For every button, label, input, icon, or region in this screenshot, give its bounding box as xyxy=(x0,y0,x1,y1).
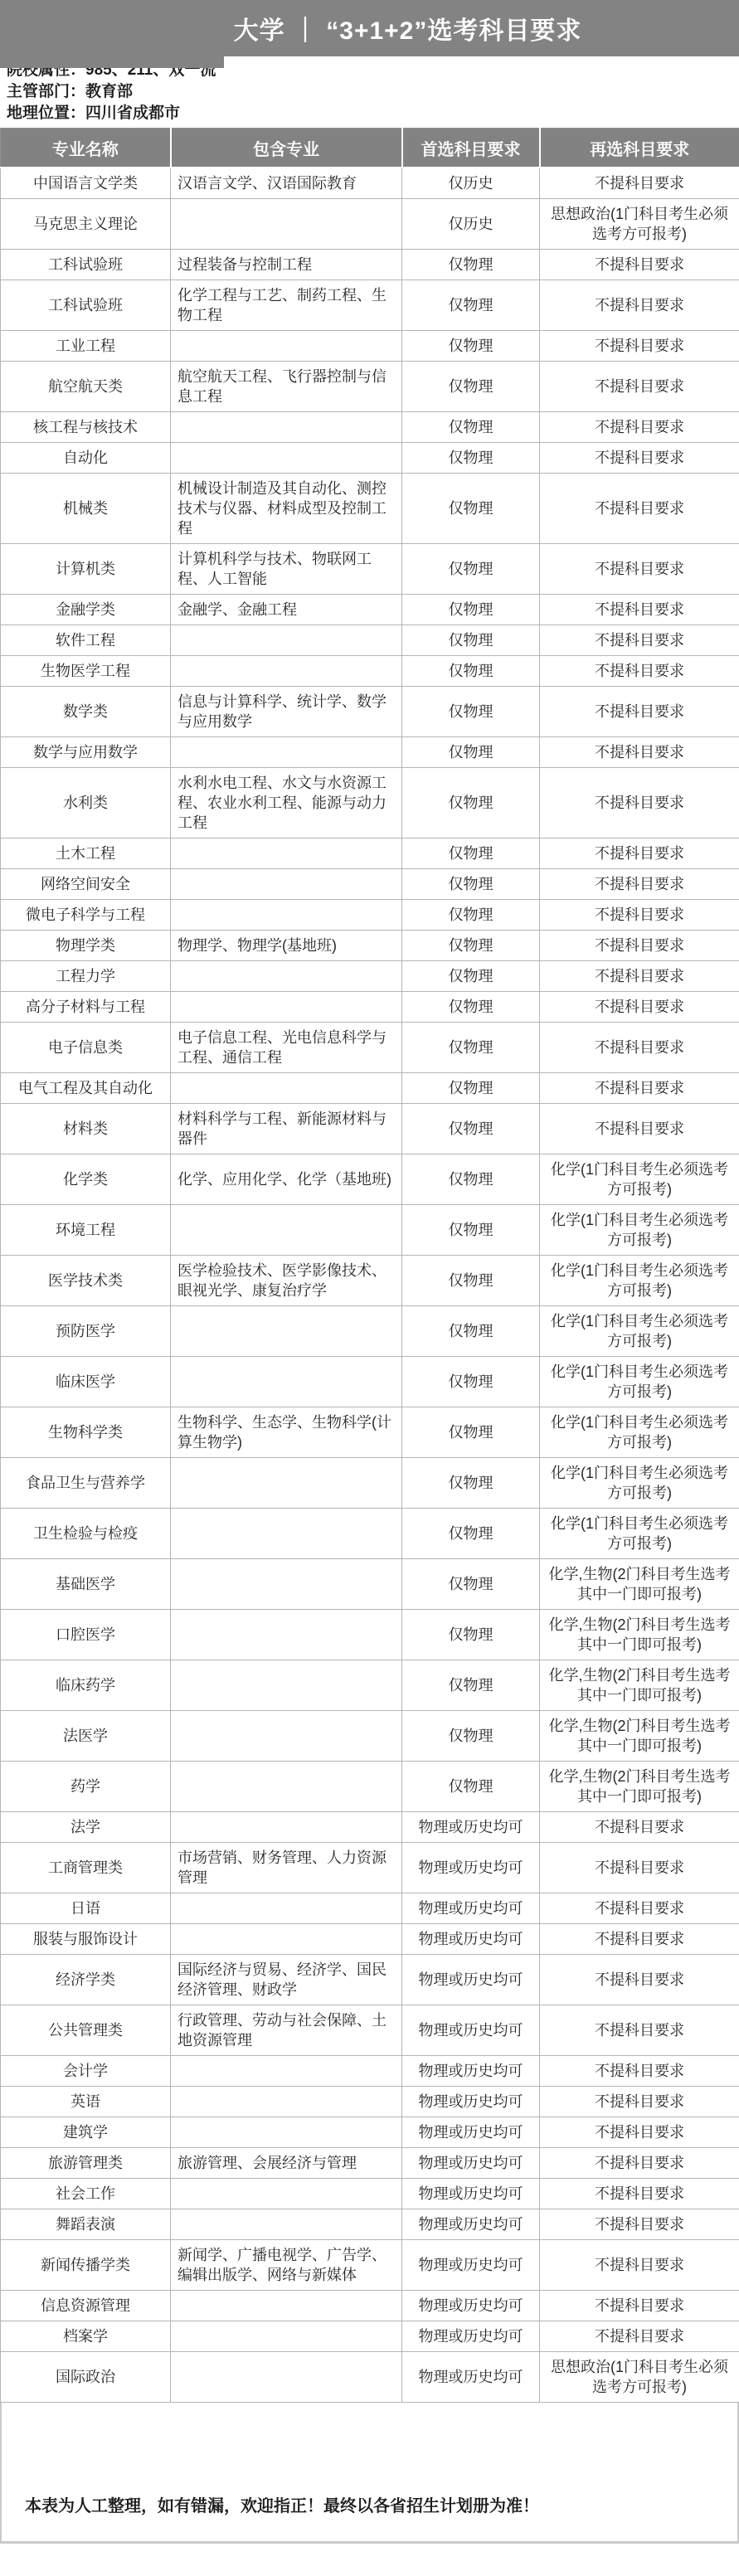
second-subject-cell: 不提科目要求 xyxy=(540,1023,739,1073)
table-row: 环境工程 仅物理 化学(1门科目考生必须选考方可报考) xyxy=(1,1205,739,1256)
first-subject-cell: 仅物理 xyxy=(402,544,540,595)
major-name-cell: 食品卫生与营养学 xyxy=(1,1458,171,1509)
second-subject-cell: 不提科目要求 xyxy=(540,1073,739,1104)
major-name-cell: 基础医学 xyxy=(1,1559,171,1610)
first-subject-cell: 仅物理 xyxy=(402,1073,540,1104)
first-subject-cell: 仅物理 xyxy=(402,1407,540,1458)
first-subject-cell: 物理或历史均可 xyxy=(402,1924,540,1955)
redaction-box xyxy=(0,0,224,68)
page: 大学 ｜ “3+1+2”选考科目要求 院校属性：985、211、双一流 主管部门… xyxy=(0,0,739,2544)
included-majors-cell: 金融学、金融工程 xyxy=(171,595,402,625)
major-name-cell: 自动化 xyxy=(1,443,171,474)
second-subject-cell: 不提科目要求 xyxy=(540,2005,739,2056)
major-name-cell: 信息资源管理 xyxy=(1,2291,171,2321)
info-line-location: 地理位置：四川省成都市 xyxy=(7,103,739,124)
second-subject-cell: 不提科目要求 xyxy=(540,1955,739,2005)
table-row: 基础医学 仅物理 化学,生物(2门科目考生选考其中一门即可报考) xyxy=(1,1559,739,1610)
table-row: 电子信息类 电子信息工程、光电信息科学与工程、通信工程 仅物理 不提科目要求 xyxy=(1,1023,739,1073)
major-name-cell: 高分子材料与工程 xyxy=(1,992,171,1023)
included-majors-cell xyxy=(171,1509,402,1559)
table-row: 临床医学 仅物理 化学(1门科目考生必须选考方可报考) xyxy=(1,1357,739,1407)
major-name-cell: 计算机类 xyxy=(1,544,171,595)
included-majors-cell xyxy=(171,412,402,443)
major-name-cell: 生物科学类 xyxy=(1,1407,171,1458)
table-row: 预防医学 仅物理 化学(1门科目考生必须选考方可报考) xyxy=(1,1306,739,1357)
table-row: 社会工作 物理或历史均可 不提科目要求 xyxy=(1,2179,739,2209)
major-name-cell: 旅游管理类 xyxy=(1,2148,171,2179)
table-row: 中国语言文学类 汉语言文学、汉语国际教育 仅历史 不提科目要求 xyxy=(1,168,739,199)
first-subject-cell: 物理或历史均可 xyxy=(402,2117,540,2148)
included-majors-cell xyxy=(171,1812,402,1843)
table-row: 高分子材料与工程 仅物理 不提科目要求 xyxy=(1,992,739,1023)
included-majors-cell: 机械设计制造及其自动化、测控技术与仪器、材料成型及控制工程 xyxy=(171,474,402,544)
second-subject-cell: 不提科目要求 xyxy=(540,595,739,625)
first-subject-cell: 物理或历史均可 xyxy=(402,2240,540,2291)
table-row: 法医学 仅物理 化学,生物(2门科目考生选考其中一门即可报考) xyxy=(1,1711,739,1762)
included-majors-cell: 化学工程与工艺、制药工程、生物工程 xyxy=(171,280,402,331)
table-row: 法学 物理或历史均可 不提科目要求 xyxy=(1,1812,739,1843)
first-subject-cell: 仅物理 xyxy=(402,737,540,768)
major-name-cell: 医学技术类 xyxy=(1,1256,171,1306)
first-subject-cell: 仅物理 xyxy=(402,961,540,992)
first-subject-cell: 仅物理 xyxy=(402,1104,540,1154)
table-row: 信息资源管理 物理或历史均可 不提科目要求 xyxy=(1,2291,739,2321)
major-name-cell: 日语 xyxy=(1,1893,171,1924)
first-subject-cell: 物理或历史均可 xyxy=(402,1955,540,2005)
included-majors-cell xyxy=(171,331,402,362)
table-row: 物理学类 物理学、物理学(基地班) 仅物理 不提科目要求 xyxy=(1,931,739,961)
first-subject-cell: 物理或历史均可 xyxy=(402,2087,540,2117)
included-majors-cell xyxy=(171,2352,402,2403)
first-subject-cell: 物理或历史均可 xyxy=(402,2321,540,2352)
major-name-cell: 预防医学 xyxy=(1,1306,171,1357)
second-subject-cell: 不提科目要求 xyxy=(540,331,739,362)
major-name-cell: 化学类 xyxy=(1,1154,171,1205)
included-majors-cell: 电子信息工程、光电信息科学与工程、通信工程 xyxy=(171,1023,402,1073)
first-subject-cell: 物理或历史均可 xyxy=(402,2179,540,2209)
first-subject-cell: 物理或历史均可 xyxy=(402,1812,540,1843)
included-majors-cell xyxy=(171,1610,402,1660)
included-majors-cell xyxy=(171,656,402,687)
footer-note: 本表为人工整理，如有错漏，欢迎指正！最终以各省招生计划册为准！ xyxy=(25,2492,539,2516)
major-name-cell: 公共管理类 xyxy=(1,2005,171,2056)
second-subject-cell: 不提科目要求 xyxy=(540,2056,739,2087)
first-subject-cell: 仅物理 xyxy=(402,443,540,474)
second-subject-cell: 不提科目要求 xyxy=(540,1924,739,1955)
second-subject-cell: 不提科目要求 xyxy=(540,168,739,199)
table-row: 经济学类 国际经济与贸易、经济学、国民经济管理、财政学 物理或历史均可 不提科目… xyxy=(1,1955,739,2005)
major-name-cell: 环境工程 xyxy=(1,1205,171,1256)
included-majors-cell xyxy=(171,2179,402,2209)
second-subject-cell: 不提科目要求 xyxy=(540,2117,739,2148)
first-subject-cell: 物理或历史均可 xyxy=(402,2352,540,2403)
included-majors-cell: 国际经济与贸易、经济学、国民经济管理、财政学 xyxy=(171,1955,402,2005)
second-subject-cell: 不提科目要求 xyxy=(540,768,739,838)
major-name-cell: 临床医学 xyxy=(1,1357,171,1407)
included-majors-cell xyxy=(171,737,402,768)
table-row: 口腔医学 仅物理 化学,生物(2门科目考生选考其中一门即可报考) xyxy=(1,1610,739,1660)
included-majors-cell xyxy=(171,869,402,900)
major-name-cell: 核工程与核技术 xyxy=(1,412,171,443)
second-subject-cell: 化学,生物(2门科目考生选考其中一门即可报考) xyxy=(540,1559,739,1610)
first-subject-cell: 仅物理 xyxy=(402,280,540,331)
first-subject-cell: 物理或历史均可 xyxy=(402,2209,540,2240)
table-row: 工科试验班 化学工程与工艺、制药工程、生物工程 仅物理 不提科目要求 xyxy=(1,280,739,331)
first-subject-cell: 仅物理 xyxy=(402,1306,540,1357)
first-subject-cell: 仅物理 xyxy=(402,869,540,900)
first-subject-cell: 仅物理 xyxy=(402,1205,540,1256)
major-name-cell: 工商管理类 xyxy=(1,1843,171,1893)
table-row: 日语 物理或历史均可 不提科目要求 xyxy=(1,1893,739,1924)
major-name-cell: 工业工程 xyxy=(1,331,171,362)
table-row: 电气工程及其自动化 仅物理 不提科目要求 xyxy=(1,1073,739,1104)
table-row: 英语 物理或历史均可 不提科目要求 xyxy=(1,2087,739,2117)
major-name-cell: 舞蹈表演 xyxy=(1,2209,171,2240)
table-row: 药学 仅物理 化学,生物(2门科目考生选考其中一门即可报考) xyxy=(1,1762,739,1812)
second-subject-cell: 不提科目要求 xyxy=(540,2148,739,2179)
first-subject-cell: 物理或历史均可 xyxy=(402,2056,540,2087)
table-row: 舞蹈表演 物理或历史均可 不提科目要求 xyxy=(1,2209,739,2240)
first-subject-cell: 仅物理 xyxy=(402,1610,540,1660)
second-subject-cell: 不提科目要求 xyxy=(540,1812,739,1843)
second-subject-cell: 化学(1门科目考生必须选考方可报考) xyxy=(540,1154,739,1205)
first-subject-cell: 仅物理 xyxy=(402,331,540,362)
second-subject-cell: 不提科目要求 xyxy=(540,869,739,900)
second-subject-cell: 化学(1门科目考生必须选考方可报考) xyxy=(540,1256,739,1306)
second-subject-cell: 不提科目要求 xyxy=(540,2209,739,2240)
second-subject-cell: 不提科目要求 xyxy=(540,992,739,1023)
second-subject-cell: 不提科目要求 xyxy=(540,2087,739,2117)
included-majors-cell: 信息与计算科学、统计学、数学与应用数学 xyxy=(171,687,402,737)
first-subject-cell: 仅物理 xyxy=(402,931,540,961)
included-majors-cell: 过程装备与控制工程 xyxy=(171,250,402,280)
major-name-cell: 金融学类 xyxy=(1,595,171,625)
footer-box: 本表为人工整理，如有错漏，欢迎指正！最终以各省招生计划册为准！ xyxy=(0,2403,739,2544)
major-name-cell: 卫生检验与检疫 xyxy=(1,1509,171,1559)
first-subject-cell: 仅物理 xyxy=(402,900,540,931)
first-subject-cell: 仅物理 xyxy=(402,625,540,656)
first-subject-cell: 仅物理 xyxy=(402,656,540,687)
table-row: 网络空间安全 仅物理 不提科目要求 xyxy=(1,869,739,900)
table-header-row: 专业名称 包含专业 首选科目要求 再选科目要求 xyxy=(1,129,739,168)
header-included-majors: 包含专业 xyxy=(171,129,402,168)
first-subject-cell: 仅物理 xyxy=(402,362,540,412)
second-subject-cell: 不提科目要求 xyxy=(540,250,739,280)
included-majors-cell: 材料科学与工程、新能源材料与器件 xyxy=(171,1104,402,1154)
first-subject-cell: 仅历史 xyxy=(402,199,540,250)
table-row: 计算机类 计算机科学与技术、物联网工程、人工智能 仅物理 不提科目要求 xyxy=(1,544,739,595)
second-subject-cell: 不提科目要求 xyxy=(540,280,739,331)
first-subject-cell: 物理或历史均可 xyxy=(402,2291,540,2321)
included-majors-cell: 市场营销、财务管理、人力资源管理 xyxy=(171,1843,402,1893)
table-row: 旅游管理类 旅游管理、会展经济与管理 物理或历史均可 不提科目要求 xyxy=(1,2148,739,2179)
second-subject-cell: 化学(1门科目考生必须选考方可报考) xyxy=(540,1205,739,1256)
table-row: 自动化 仅物理 不提科目要求 xyxy=(1,443,739,474)
first-subject-cell: 仅物理 xyxy=(402,838,540,869)
included-majors-cell: 水利水电工程、水文与水资源工程、农业水利工程、能源与动力工程 xyxy=(171,768,402,838)
second-subject-cell: 不提科目要求 xyxy=(540,443,739,474)
table-row: 数学类 信息与计算科学、统计学、数学与应用数学 仅物理 不提科目要求 xyxy=(1,687,739,737)
major-name-cell: 航空航天类 xyxy=(1,362,171,412)
first-subject-cell: 仅物理 xyxy=(402,992,540,1023)
second-subject-cell: 思想政治(1门科目考生必须选考方可报考) xyxy=(540,199,739,250)
major-name-cell: 材料类 xyxy=(1,1104,171,1154)
major-name-cell: 临床药学 xyxy=(1,1660,171,1711)
included-majors-cell xyxy=(171,1073,402,1104)
major-name-cell: 经济学类 xyxy=(1,1955,171,2005)
included-majors-cell: 汉语言文学、汉语国际教育 xyxy=(171,168,402,199)
included-majors-cell xyxy=(171,1660,402,1711)
second-subject-cell: 化学(1门科目考生必须选考方可报考) xyxy=(540,1509,739,1559)
table-row: 工程力学 仅物理 不提科目要求 xyxy=(1,961,739,992)
included-majors-cell xyxy=(171,2117,402,2148)
major-name-cell: 工科试验班 xyxy=(1,250,171,280)
major-name-cell: 机械类 xyxy=(1,474,171,544)
second-subject-cell: 不提科目要求 xyxy=(540,2240,739,2291)
major-name-cell: 建筑学 xyxy=(1,2117,171,2148)
table-row: 生物科学类 生物科学、生态学、生物科学(计算生物学) 仅物理 化学(1门科目考生… xyxy=(1,1407,739,1458)
second-subject-cell: 化学(1门科目考生必须选考方可报考) xyxy=(540,1458,739,1509)
first-subject-cell: 物理或历史均可 xyxy=(402,2005,540,2056)
table-row: 数学与应用数学 仅物理 不提科目要求 xyxy=(1,737,739,768)
second-subject-cell: 不提科目要求 xyxy=(540,1843,739,1893)
included-majors-cell xyxy=(171,1205,402,1256)
header-second-subject: 再选科目要求 xyxy=(540,129,739,168)
second-subject-cell: 化学,生物(2门科目考生选考其中一门即可报考) xyxy=(540,1660,739,1711)
included-majors-cell xyxy=(171,1762,402,1812)
header-major-name: 专业名称 xyxy=(1,129,171,168)
major-name-cell: 马克思主义理论 xyxy=(1,199,171,250)
major-name-cell: 数学与应用数学 xyxy=(1,737,171,768)
first-subject-cell: 仅物理 xyxy=(402,1559,540,1610)
table-row: 临床药学 仅物理 化学,生物(2门科目考生选考其中一门即可报考) xyxy=(1,1660,739,1711)
table-row: 会计学 物理或历史均可 不提科目要求 xyxy=(1,2056,739,2087)
second-subject-cell: 不提科目要求 xyxy=(540,2291,739,2321)
header-first-subject: 首选科目要求 xyxy=(402,129,540,168)
major-name-cell: 物理学类 xyxy=(1,931,171,961)
table-row: 水利类 水利水电工程、水文与水资源工程、农业水利工程、能源与动力工程 仅物理 不… xyxy=(1,768,739,838)
included-majors-cell xyxy=(171,1306,402,1357)
second-subject-cell: 不提科目要求 xyxy=(540,1104,739,1154)
first-subject-cell: 物理或历史均可 xyxy=(402,1843,540,1893)
table-row: 金融学类 金融学、金融工程 仅物理 不提科目要求 xyxy=(1,595,739,625)
table-row: 工商管理类 市场营销、财务管理、人力资源管理 物理或历史均可 不提科目要求 xyxy=(1,1843,739,1893)
second-subject-cell: 不提科目要求 xyxy=(540,625,739,656)
second-subject-cell: 不提科目要求 xyxy=(540,900,739,931)
second-subject-cell: 化学,生物(2门科目考生选考其中一门即可报考) xyxy=(540,1711,739,1762)
second-subject-cell: 化学,生物(2门科目考生选考其中一门即可报考) xyxy=(540,1610,739,1660)
second-subject-cell: 不提科目要求 xyxy=(540,544,739,595)
first-subject-cell: 仅物理 xyxy=(402,687,540,737)
major-name-cell: 药学 xyxy=(1,1762,171,1812)
first-subject-cell: 仅物理 xyxy=(402,1509,540,1559)
table-row: 工科试验班 过程装备与控制工程 仅物理 不提科目要求 xyxy=(1,250,739,280)
first-subject-cell: 仅物理 xyxy=(402,1458,540,1509)
major-name-cell: 口腔医学 xyxy=(1,1610,171,1660)
table-row: 材料类 材料科学与工程、新能源材料与器件 仅物理 不提科目要求 xyxy=(1,1104,739,1154)
included-majors-cell: 新闻学、广播电视学、广告学、编辑出版学、网络与新媒体 xyxy=(171,2240,402,2291)
info-line-department: 主管部门：教育部 xyxy=(7,81,739,103)
table-row: 马克思主义理论 仅历史 思想政治(1门科目考生必须选考方可报考) xyxy=(1,199,739,250)
included-majors-cell xyxy=(171,443,402,474)
first-subject-cell: 仅物理 xyxy=(402,412,540,443)
major-name-cell: 微电子科学与工程 xyxy=(1,900,171,931)
first-subject-cell: 仅物理 xyxy=(402,1660,540,1711)
first-subject-cell: 仅历史 xyxy=(402,168,540,199)
major-name-cell: 法医学 xyxy=(1,1711,171,1762)
included-majors-cell xyxy=(171,2087,402,2117)
table-row: 软件工程 仅物理 不提科目要求 xyxy=(1,625,739,656)
first-subject-cell: 仅物理 xyxy=(402,768,540,838)
first-subject-cell: 仅物理 xyxy=(402,1711,540,1762)
second-subject-cell: 不提科目要求 xyxy=(540,1893,739,1924)
second-subject-cell: 不提科目要求 xyxy=(540,362,739,412)
included-majors-cell xyxy=(171,992,402,1023)
included-majors-cell: 物理学、物理学(基地班) xyxy=(171,931,402,961)
included-majors-cell xyxy=(171,900,402,931)
major-name-cell: 社会工作 xyxy=(1,2179,171,2209)
second-subject-cell: 不提科目要求 xyxy=(540,656,739,687)
first-subject-cell: 仅物理 xyxy=(402,474,540,544)
subject-requirements-table: 专业名称 包含专业 首选科目要求 再选科目要求 中国语言文学类 汉语言文学、汉语… xyxy=(0,128,739,2403)
first-subject-cell: 仅物理 xyxy=(402,250,540,280)
included-majors-cell xyxy=(171,2321,402,2352)
included-majors-cell: 航空航天工程、飞行器控制与信息工程 xyxy=(171,362,402,412)
table-row: 服装与服饰设计 物理或历史均可 不提科目要求 xyxy=(1,1924,739,1955)
second-subject-cell: 不提科目要求 xyxy=(540,687,739,737)
table-row: 生物医学工程 仅物理 不提科目要求 xyxy=(1,656,739,687)
major-name-cell: 法学 xyxy=(1,1812,171,1843)
second-subject-cell: 化学(1门科目考生必须选考方可报考) xyxy=(540,1407,739,1458)
included-majors-cell: 医学检验技术、医学影像技术、眼视光学、康复治疗学 xyxy=(171,1256,402,1306)
table-row: 卫生检验与检疫 仅物理 化学(1门科目考生必须选考方可报考) xyxy=(1,1509,739,1559)
table-row: 新闻传播学类 新闻学、广播电视学、广告学、编辑出版学、网络与新媒体 物理或历史均… xyxy=(1,2240,739,2291)
included-majors-cell: 行政管理、劳动与社会保障、土地资源管理 xyxy=(171,2005,402,2056)
included-majors-cell xyxy=(171,199,402,250)
first-subject-cell: 物理或历史均可 xyxy=(402,1893,540,1924)
page-title: 大学 ｜ “3+1+2”选考科目要求 xyxy=(234,10,582,46)
table-row: 土木工程 仅物理 不提科目要求 xyxy=(1,838,739,869)
table-row: 档案学 物理或历史均可 不提科目要求 xyxy=(1,2321,739,2352)
second-subject-cell: 不提科目要求 xyxy=(540,2179,739,2209)
table-row: 微电子科学与工程 仅物理 不提科目要求 xyxy=(1,900,739,931)
table-row: 工业工程 仅物理 不提科目要求 xyxy=(1,331,739,362)
second-subject-cell: 不提科目要求 xyxy=(540,737,739,768)
included-majors-cell xyxy=(171,961,402,992)
major-name-cell: 电气工程及其自动化 xyxy=(1,1073,171,1104)
table-row: 化学类 化学、应用化学、化学（基地班) 仅物理 化学(1门科目考生必须选考方可报… xyxy=(1,1154,739,1205)
table-row: 机械类 机械设计制造及其自动化、测控技术与仪器、材料成型及控制工程 仅物理 不提… xyxy=(1,474,739,544)
table-row: 食品卫生与营养学 仅物理 化学(1门科目考生必须选考方可报考) xyxy=(1,1458,739,1509)
second-subject-cell: 化学(1门科目考生必须选考方可报考) xyxy=(540,1357,739,1407)
included-majors-cell xyxy=(171,1458,402,1509)
first-subject-cell: 仅物理 xyxy=(402,1762,540,1812)
major-name-cell: 新闻传播学类 xyxy=(1,2240,171,2291)
major-name-cell: 软件工程 xyxy=(1,625,171,656)
first-subject-cell: 仅物理 xyxy=(402,1357,540,1407)
included-majors-cell xyxy=(171,1711,402,1762)
first-subject-cell: 仅物理 xyxy=(402,1154,540,1205)
major-name-cell: 会计学 xyxy=(1,2056,171,2087)
first-subject-cell: 仅物理 xyxy=(402,1256,540,1306)
second-subject-cell: 化学(1门科目考生必须选考方可报考) xyxy=(540,1306,739,1357)
major-name-cell: 数学类 xyxy=(1,687,171,737)
major-name-cell: 中国语言文学类 xyxy=(1,168,171,199)
first-subject-cell: 仅物理 xyxy=(402,1023,540,1073)
major-name-cell: 工科试验班 xyxy=(1,280,171,331)
table-row: 公共管理类 行政管理、劳动与社会保障、土地资源管理 物理或历史均可 不提科目要求 xyxy=(1,2005,739,2056)
included-majors-cell: 化学、应用化学、化学（基地班) xyxy=(171,1154,402,1205)
second-subject-cell: 不提科目要求 xyxy=(540,474,739,544)
included-majors-cell xyxy=(171,1924,402,1955)
second-subject-cell: 不提科目要求 xyxy=(540,2321,739,2352)
included-majors-cell xyxy=(171,838,402,869)
table-row: 航空航天类 航空航天工程、飞行器控制与信息工程 仅物理 不提科目要求 xyxy=(1,362,739,412)
included-majors-cell: 旅游管理、会展经济与管理 xyxy=(171,2148,402,2179)
major-name-cell: 生物医学工程 xyxy=(1,656,171,687)
second-subject-cell: 思想政治(1门科目考生必须选考方可报考) xyxy=(540,2352,739,2403)
second-subject-cell: 化学,生物(2门科目考生选考其中一门即可报考) xyxy=(540,1762,739,1812)
major-name-cell: 服装与服饰设计 xyxy=(1,1924,171,1955)
table-row: 建筑学 物理或历史均可 不提科目要求 xyxy=(1,2117,739,2148)
table-row: 国际政治 物理或历史均可 思想政治(1门科目考生必须选考方可报考) xyxy=(1,2352,739,2403)
table-row: 医学技术类 医学检验技术、医学影像技术、眼视光学、康复治疗学 仅物理 化学(1门… xyxy=(1,1256,739,1306)
major-name-cell: 国际政治 xyxy=(1,2352,171,2403)
second-subject-cell: 不提科目要求 xyxy=(540,931,739,961)
second-subject-cell: 不提科目要求 xyxy=(540,412,739,443)
major-name-cell: 水利类 xyxy=(1,768,171,838)
second-subject-cell: 不提科目要求 xyxy=(540,961,739,992)
included-majors-cell xyxy=(171,1559,402,1610)
major-name-cell: 电子信息类 xyxy=(1,1023,171,1073)
major-name-cell: 工程力学 xyxy=(1,961,171,992)
major-name-cell: 英语 xyxy=(1,2087,171,2117)
first-subject-cell: 物理或历史均可 xyxy=(402,2148,540,2179)
major-name-cell: 土木工程 xyxy=(1,838,171,869)
first-subject-cell: 仅物理 xyxy=(402,595,540,625)
major-name-cell: 网络空间安全 xyxy=(1,869,171,900)
major-name-cell: 档案学 xyxy=(1,2321,171,2352)
included-majors-cell xyxy=(171,1357,402,1407)
included-majors-cell: 生物科学、生态学、生物科学(计算生物学) xyxy=(171,1407,402,1458)
included-majors-cell xyxy=(171,2291,402,2321)
included-majors-cell xyxy=(171,1893,402,1924)
table-body: 中国语言文学类 汉语言文学、汉语国际教育 仅历史 不提科目要求 马克思主义理论 … xyxy=(1,168,739,2403)
included-majors-cell xyxy=(171,625,402,656)
table-row: 核工程与核技术 仅物理 不提科目要求 xyxy=(1,412,739,443)
included-majors-cell xyxy=(171,2209,402,2240)
included-majors-cell: 计算机科学与技术、物联网工程、人工智能 xyxy=(171,544,402,595)
included-majors-cell xyxy=(171,2056,402,2087)
second-subject-cell: 不提科目要求 xyxy=(540,838,739,869)
